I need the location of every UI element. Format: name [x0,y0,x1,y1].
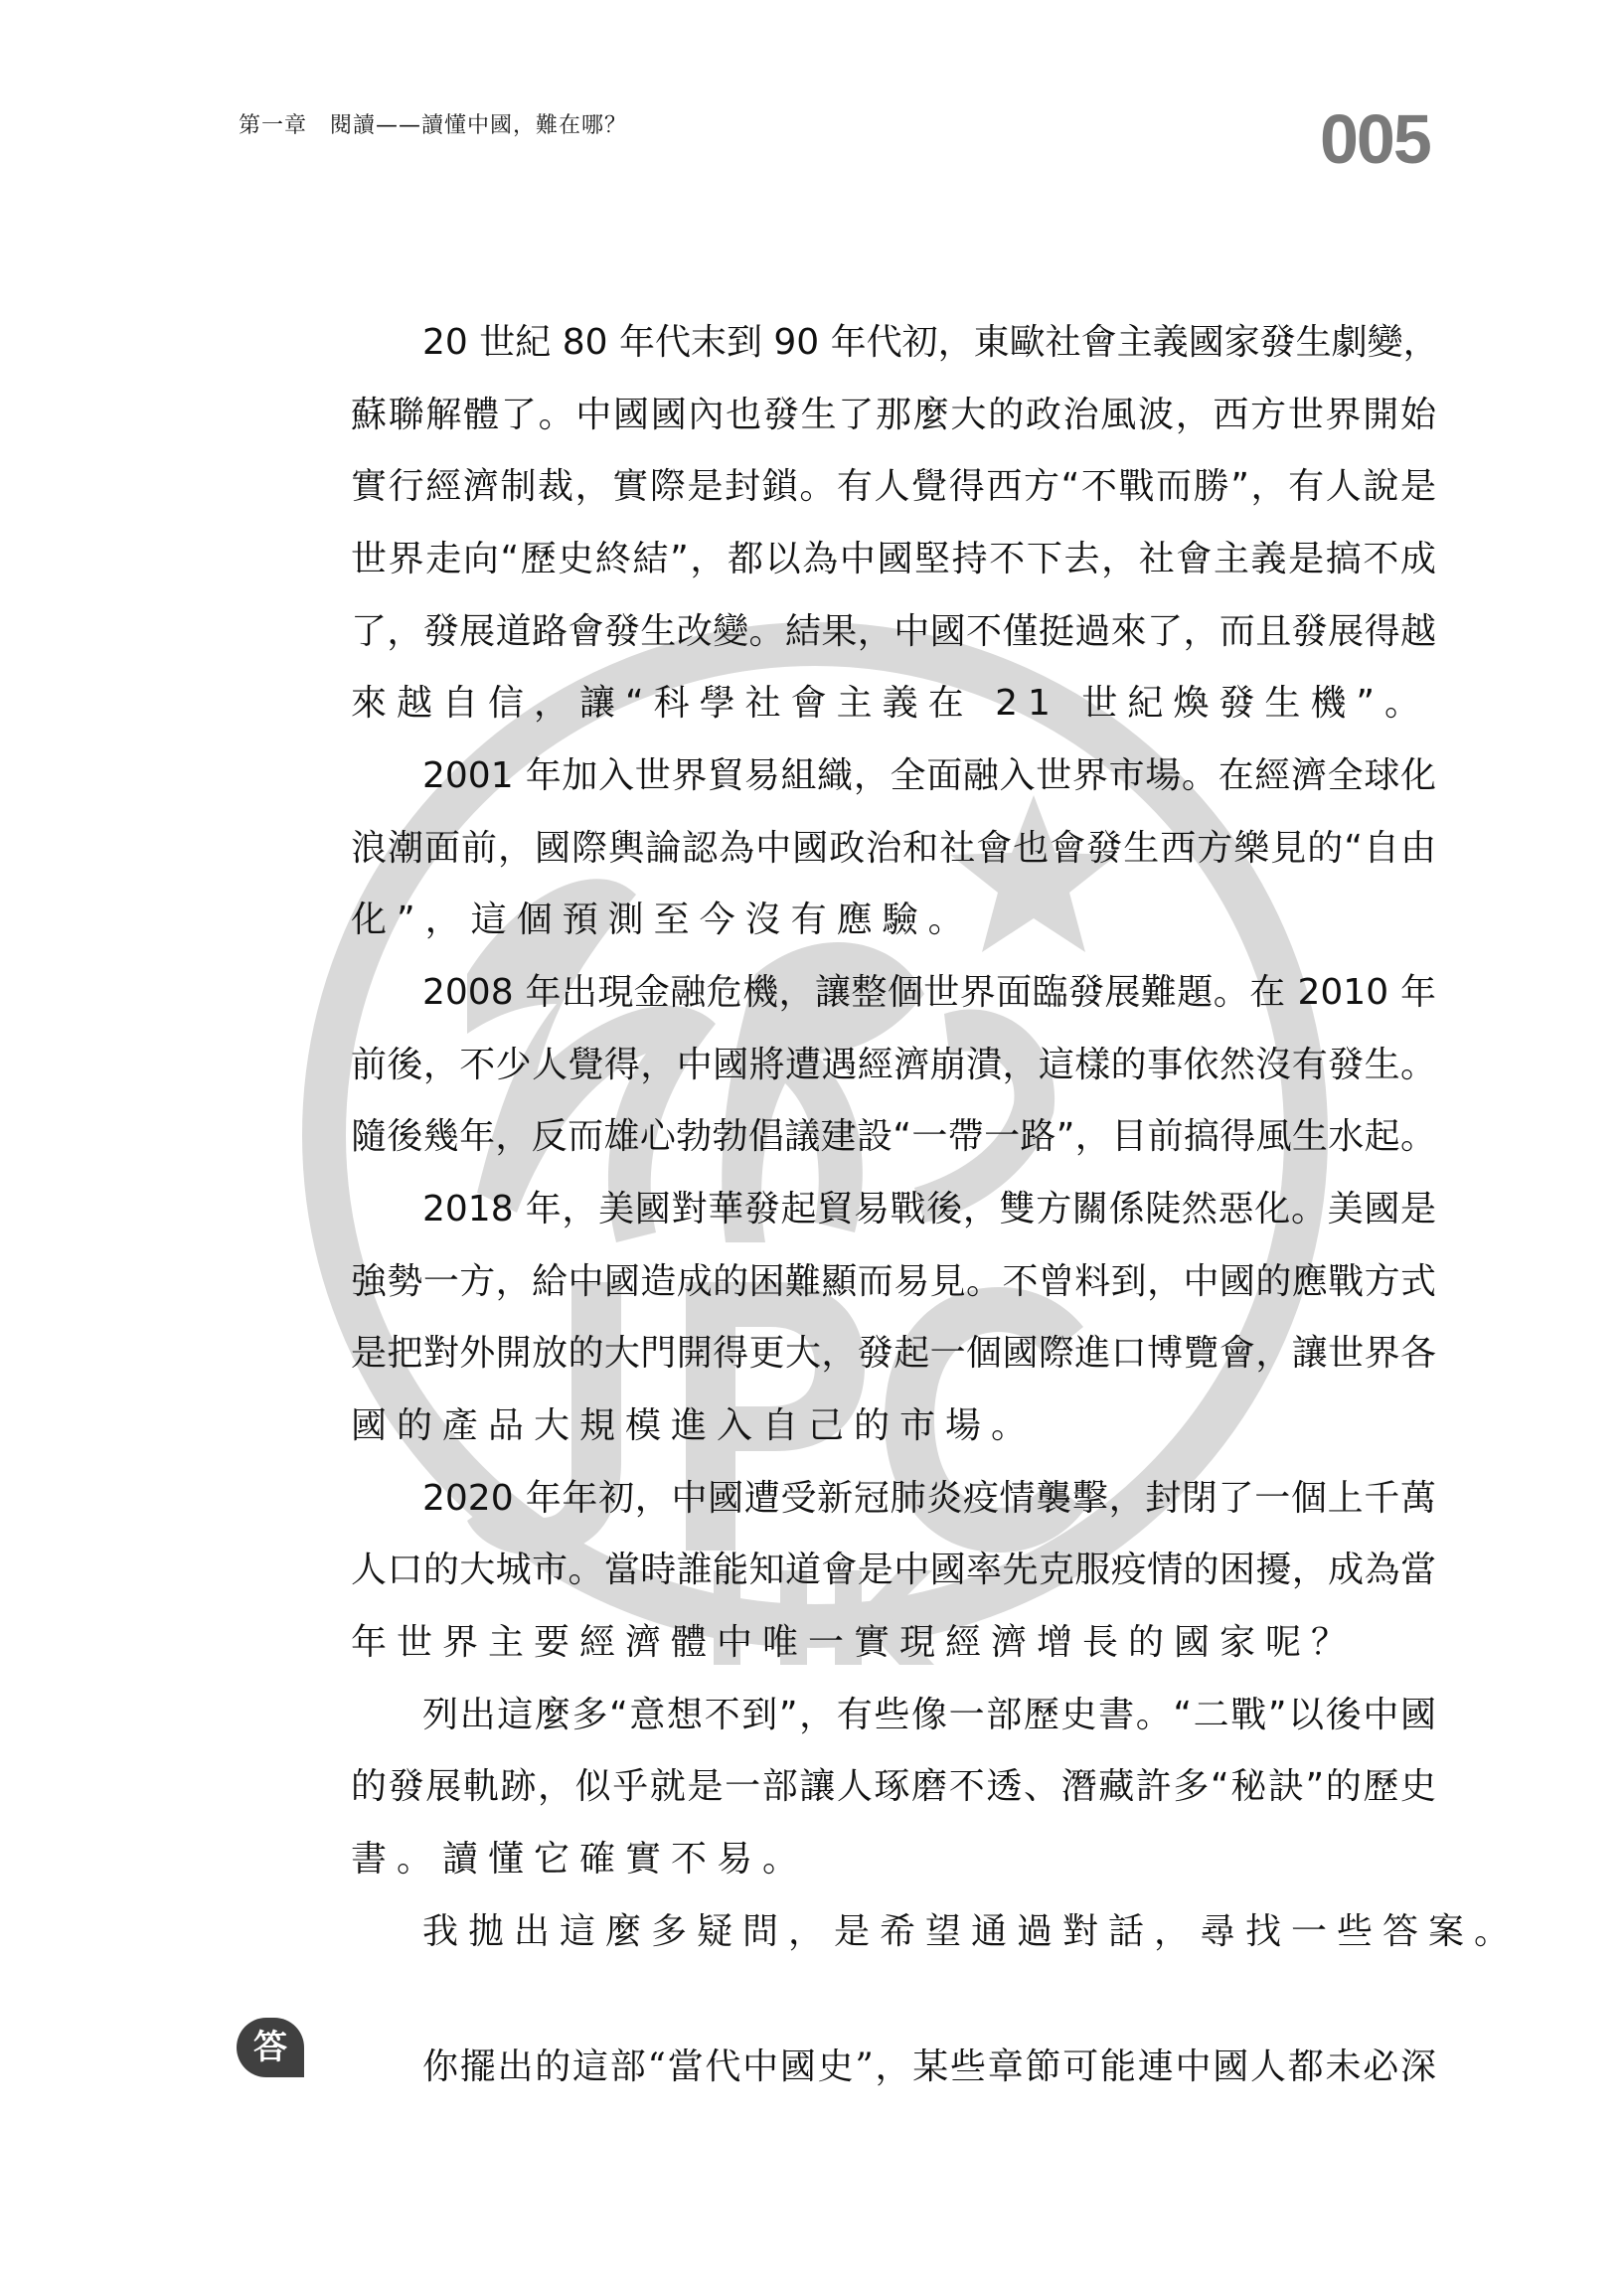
answer-badge-icon: 答 [237,2018,304,2077]
paragraph-line: 來越自信，讓“科學社會主義在 21 世紀煥發生機”。 [351,680,1436,728]
paragraph-line: 2018 年，美國對華發起貿易戰後，雙方關係陡然惡化。美國是 [422,1186,1436,1233]
paragraph-line: 是把對外開放的大門開得更大，發起一個國際進口博覽會，讓世界各 [351,1330,1436,1378]
book-page: 第一章 閱讀——讀懂中國，難在哪？ 005 20 世紀 80 年代末到 90 年… [0,0,1624,2292]
paragraph-line: 我拋出這麼多疑問，是希望通過對話，尋找一些答案。 [422,1908,1436,1956]
paragraph-line: 前後，不少人覺得，中國將遭遇經濟崩潰，這樣的事依然沒有發生。 [351,1042,1436,1089]
paragraph-line: 國的產品大規模進入自己的市場。 [351,1402,1436,1450]
body-text: 20 世紀 80 年代末到 90 年代初，東歐社會主義國家發生劇變， 蘇聯解體了… [0,0,1624,2292]
paragraph-line: 年世界主要經濟體中唯一實現經濟增長的國家呢？ [351,1619,1436,1667]
paragraph-line: 浪潮面前，國際輿論認為中國政治和社會也會發生西方樂見的“自由 [351,825,1436,873]
paragraph-line: 2020 年年初，中國遭受新冠肺炎疫情襲擊，封閉了一個上千萬 [422,1475,1436,1523]
paragraph-line: 了，發展道路會發生改變。結果，中國不僅挺過來了，而且發展得越 [351,608,1436,656]
paragraph-line: 隨後幾年，反而雄心勃勃倡議建設“一帶一路”，目前搞得風生水起。 [351,1113,1436,1161]
paragraph-line: 書。讀懂它確實不易。 [351,1836,1436,1883]
paragraph-line: 2008 年出現金融危機，讓整個世界面臨發展難題。在 2010 年 [422,969,1436,1017]
paragraph-line: 20 世紀 80 年代末到 90 年代初，東歐社會主義國家發生劇變， [422,319,1436,367]
answer-text: 你擺出的這部“當代中國史”，某些章節可能連中國人都未必深 [422,2044,1436,2091]
paragraph-line: 人口的大城市。當時誰能知道會是中國率先克服疫情的困擾，成為當 [351,1547,1436,1594]
paragraph-line: 實行經濟制裁，實際是封鎖。有人覺得西方“不戰而勝”，有人說是 [351,463,1436,511]
paragraph-line: 強勢一方，給中國造成的困難顯而易見。不曾料到，中國的應戰方式 [351,1258,1436,1306]
paragraph-line: 化”，這個預測至今沒有應驗。 [351,897,1436,944]
paragraph-line: 2001 年加入世界貿易組織，全面融入世界市場。在經濟全球化 [422,752,1436,800]
paragraph-line: 列出這麼多“意想不到”，有些像一部歷史書。“二戰”以後中國 [422,1692,1436,1739]
paragraph-line: 蘇聯解體了。中國國內也發生了那麼大的政治風波，西方世界開始 [351,392,1436,439]
paragraph-line: 的發展軌跡，似乎就是一部讓人琢磨不透、潛藏許多“秘訣”的歷史 [351,1763,1436,1811]
paragraph-line: 世界走向“歷史終結”，都以為中國堅持不下去，社會主義是搞不成 [351,536,1436,583]
